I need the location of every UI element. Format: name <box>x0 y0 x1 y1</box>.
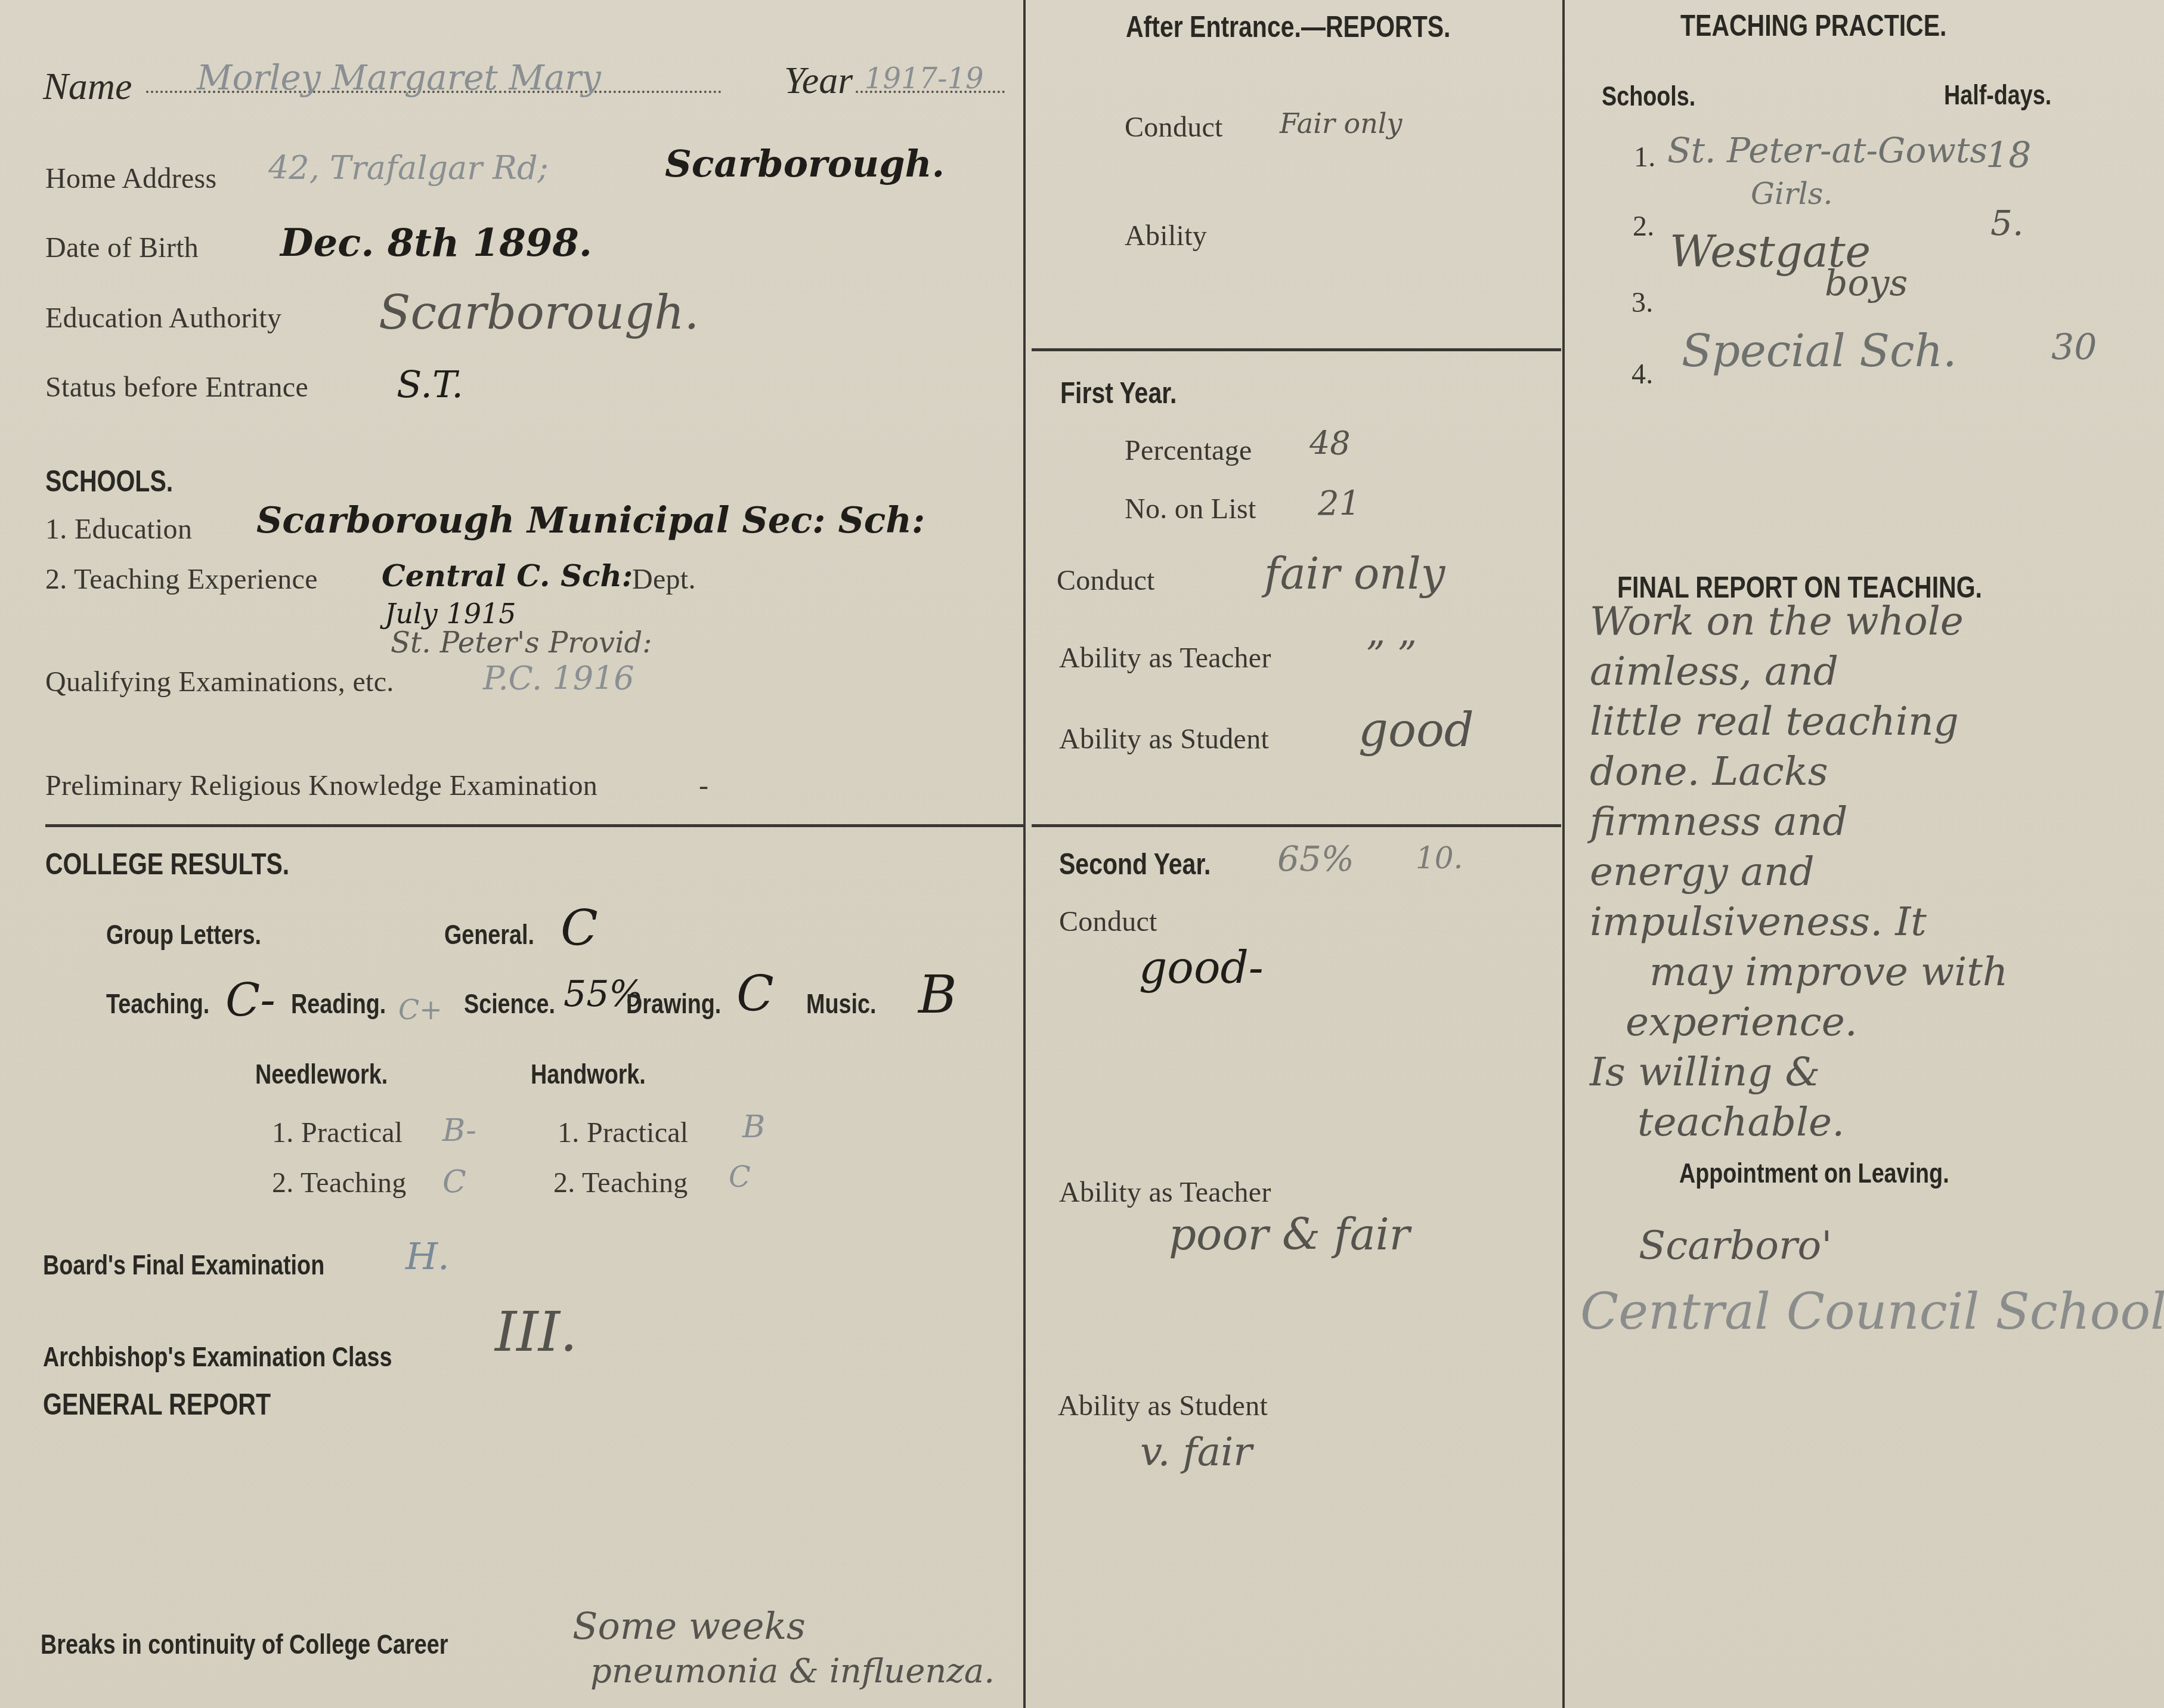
general-value: C <box>561 901 598 957</box>
column-divider-left <box>1023 0 1026 1708</box>
tp-entry-2-num: 2. <box>1633 210 1655 243</box>
final-report-line: done. Lacks <box>1590 747 2138 797</box>
boards-final-label: Board's Final Examination <box>43 1249 324 1281</box>
second-year-conduct-value: good- <box>1139 942 1264 994</box>
teaching-experience-value-2: St. Peter's Provid: <box>391 626 652 660</box>
tp-entry-2-halfdays: 5. <box>1990 203 2023 243</box>
appointment-heading: Appointment on Leaving. <box>1679 1157 1949 1189</box>
education-label: 1. Education <box>45 513 192 546</box>
year-value: 1917-19 <box>865 62 983 95</box>
second-year-teacher-label: Ability as Teacher <box>1059 1176 1271 1209</box>
second-year-heading: Second Year. <box>1059 847 1211 881</box>
tp-entry-2-note: boys <box>1825 262 1908 304</box>
final-report-line: little real teaching <box>1590 697 2138 747</box>
first-year-student-label: Ability as Student <box>1059 723 1269 756</box>
second-year-teacher-value: poor & fair <box>1169 1209 1410 1260</box>
divider-left-results <box>45 824 1023 827</box>
hand-teaching-value: C <box>729 1161 751 1194</box>
final-report-line: experience. <box>1590 997 2138 1047</box>
boards-final-value: H. <box>405 1234 450 1278</box>
column-divider-right <box>1562 0 1565 1708</box>
teaching-value: C- <box>225 973 275 1026</box>
college-results-heading: COLLEGE RESULTS. <box>45 847 289 881</box>
final-report-line: teachable. <box>1590 1097 2138 1147</box>
final-report-line: impulsiveness. It <box>1590 897 2138 947</box>
authority-value: Scarborough. <box>379 286 699 340</box>
tp-entry-1-num: 1. <box>1634 141 1656 174</box>
second-year-conduct-label: Conduct <box>1059 905 1157 938</box>
education-value: Scarborough Municipal Sec: Sch: <box>256 500 925 542</box>
first-year-list-label: No. on List <box>1125 493 1256 525</box>
year-label: Year <box>784 58 853 103</box>
tp-halfdays-label: Half-days. <box>1944 79 2051 111</box>
first-year-teacher-value: ” ” <box>1366 633 1417 677</box>
final-report-line: Is willing & <box>1590 1047 2138 1097</box>
reports-ability-label: Ability <box>1125 219 1207 252</box>
music-value: B <box>918 964 957 1025</box>
first-year-heading: First Year. <box>1060 376 1177 410</box>
second-year-percentage-value: 65% <box>1277 838 1354 879</box>
needle-teaching-value: C <box>442 1164 466 1200</box>
final-report-line: energy and <box>1590 847 2138 897</box>
breaks-label: Breaks in continuity of College Career <box>41 1628 448 1660</box>
final-report-line: aimless, and <box>1590 646 2138 697</box>
archbishop-label: Archbishop's Examination Class <box>43 1341 392 1373</box>
reports-conduct-value: Fair only <box>1280 107 1403 140</box>
authority-label: Education Authority <box>45 302 281 335</box>
needle-practical-value: B- <box>442 1113 476 1149</box>
second-year-student-label: Ability as Student <box>1058 1390 1268 1422</box>
first-year-student-value: good <box>1358 704 1474 757</box>
final-report-line: firmness and <box>1590 797 2138 847</box>
hand-teaching-label: 2. Teaching <box>553 1166 688 1199</box>
tp-entry-4-num: 4. <box>1631 358 1654 391</box>
reading-label: Reading. <box>291 988 386 1020</box>
breaks-value-1: Some weeks <box>572 1604 806 1648</box>
final-report-line: may improve with <box>1590 947 2138 997</box>
music-label: Music. <box>806 988 876 1020</box>
record-card: Name Morley Margaret Mary Year 1917-19 H… <box>0 0 2164 1708</box>
appointment-line-1: Scarboro' <box>1639 1223 1832 1268</box>
reports-heading: After Entrance.—REPORTS. <box>1126 10 1450 44</box>
dob-label: Date of Birth <box>45 231 199 264</box>
prelim-value: - <box>699 769 708 802</box>
teaching-experience-dept: Dept. <box>632 563 696 596</box>
first-year-conduct-label: Conduct <box>1057 564 1155 597</box>
teaching-experience-date: July 1915 <box>385 598 516 630</box>
qualifying-label: Qualifying Examinations, etc. <box>45 666 394 698</box>
second-year-student-value: v. fair <box>1140 1429 1252 1475</box>
home-address-label: Home Address <box>45 162 217 195</box>
name-value: Morley Margaret Mary <box>197 57 601 98</box>
second-year-position-value: 10. <box>1416 841 1463 875</box>
teaching-experience-label: 2. Teaching Experience <box>45 563 318 596</box>
tp-entry-4-halfdays: 30 <box>2051 327 2097 369</box>
qualifying-value: P.C. 1916 <box>483 660 634 697</box>
teaching-experience-value: Central C. Sch: <box>382 558 633 593</box>
teaching-practice-heading: TEACHING PRACTICE. <box>1680 8 1946 43</box>
tp-entry-1-school: St. Peter-at-Gowts <box>1667 130 1987 171</box>
divider-mid-first-year <box>1032 348 1561 351</box>
divider-mid-second-year <box>1032 824 1561 827</box>
tp-entry-3-num: 3. <box>1631 286 1654 319</box>
final-report-body: Work on the whole aimless, and little re… <box>1590 596 2138 1147</box>
first-year-list-value: 21 <box>1318 484 1360 523</box>
tp-entry-1-halfdays: 18 <box>1986 135 2031 177</box>
tp-entry-4-school: Special Sch. <box>1682 326 1957 377</box>
archbishop-value: III. <box>495 1300 577 1364</box>
general-label: General. <box>444 918 534 951</box>
reports-conduct-label: Conduct <box>1125 111 1223 144</box>
name-label: Name <box>43 64 132 109</box>
first-year-conduct-value: fair only <box>1264 549 1445 599</box>
first-year-percentage-label: Percentage <box>1125 434 1252 467</box>
breaks-value-2: pneumonia & influenza. <box>590 1652 995 1691</box>
science-label: Science. <box>464 988 555 1020</box>
needle-practical-label: 1. Practical <box>272 1116 403 1149</box>
reading-value: C+ <box>398 994 442 1026</box>
hand-practical-label: 1. Practical <box>558 1116 689 1149</box>
needlework-label: Needlework. <box>255 1058 388 1090</box>
status-value: S.T. <box>397 363 463 406</box>
tp-entry-1-note: Girls. <box>1751 177 1832 211</box>
handwork-label: Handwork. <box>531 1058 646 1090</box>
dob-value: Dec. 8th 1898. <box>280 221 592 265</box>
general-report-heading: GENERAL REPORT <box>43 1387 271 1422</box>
hand-practical-value: B <box>742 1109 765 1145</box>
first-year-teacher-label: Ability as Teacher <box>1059 642 1271 674</box>
teaching-label: Teaching. <box>106 988 209 1020</box>
first-year-percentage-value: 48 <box>1309 425 1351 462</box>
home-address-value-street: 42, Trafalgar Rd; <box>268 149 549 187</box>
status-label: Status before Entrance <box>45 371 308 404</box>
tp-schools-label: Schools. <box>1602 80 1695 112</box>
schools-heading: SCHOOLS. <box>45 464 173 499</box>
drawing-value: C <box>736 966 774 1023</box>
prelim-label: Preliminary Religious Knowledge Examinat… <box>45 769 598 802</box>
needle-teaching-label: 2. Teaching <box>272 1166 407 1199</box>
home-address-value-town: Scarborough. <box>665 142 945 185</box>
appointment-line-2: Central Council School <box>1580 1282 2164 1341</box>
drawing-label: Drawing. <box>626 988 721 1020</box>
group-letters-label: Group Letters. <box>106 918 261 951</box>
final-report-line: Work on the whole <box>1590 596 2138 646</box>
